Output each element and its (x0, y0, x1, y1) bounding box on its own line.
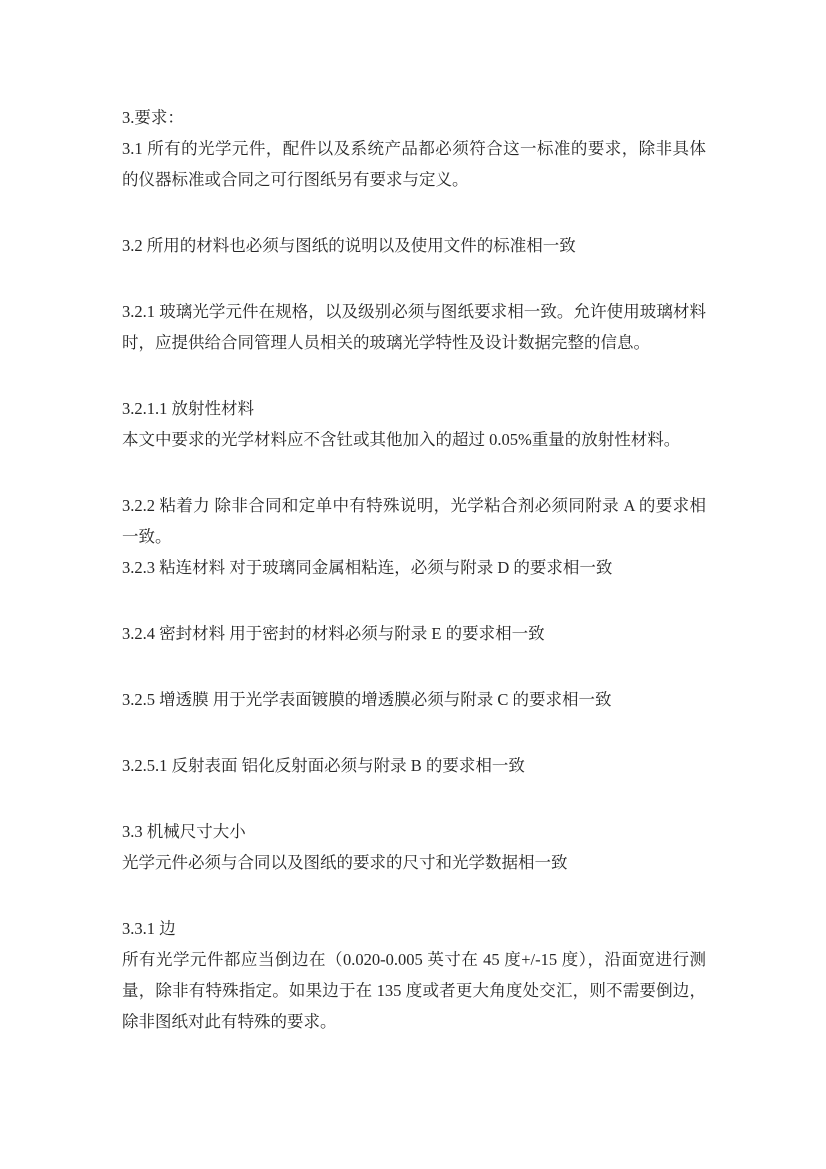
para-3-3-1-heading: 3.3.1 边 (122, 913, 706, 944)
para-3-heading: 3.要求： (122, 102, 706, 133)
para-3-2-4: 3.2.4 密封材料 用于密封的材料必须与附录 E 的要求相一致 (122, 618, 706, 649)
para-3-2-5: 3.2.5 增透膜 用于光学表面镀膜的增透膜必须与附录 C 的要求相一致 (122, 684, 706, 715)
document-page: 3.要求： 3.1 所有的光学元件，配件以及系统产品都必须符合这一标准的要求，除… (0, 0, 826, 1169)
para-3-2-1: 3.2.1 玻璃光学元件在规格，以及级别必须与图纸要求相一致。允许使用玻璃材料时… (122, 296, 706, 358)
para-3-2: 3.2 所用的材料也必须与图纸的说明以及使用文件的标准相一致 (122, 230, 706, 261)
para-3-3-heading: 3.3 机械尺寸大小 (122, 816, 706, 847)
para-3-2-2: 3.2.2 粘着力 除非合同和定单中有特殊说明，光学粘合剂必须同附录 A 的要求… (122, 490, 706, 552)
para-3-2-1-1-heading: 3.2.1.1 放射性材料 (122, 393, 706, 424)
para-3-3-1-body: 所有光学元件都应当倒边在（0.020-0.005 英寸在 45 度+/-15 度… (122, 944, 706, 1037)
para-3-2-3: 3.2.3 粘连材料 对于玻璃同金属相粘连，必须与附录 D 的要求相一致 (122, 552, 706, 583)
para-3-1: 3.1 所有的光学元件，配件以及系统产品都必须符合这一标准的要求，除非具体的仪器… (122, 133, 706, 195)
para-3-2-1-1-body: 本文中要求的光学材料应不含钍或其他加入的超过 0.05%重量的放射性材料。 (122, 424, 706, 455)
para-3-3-body: 光学元件必须与合同以及图纸的要求的尺寸和光学数据相一致 (122, 847, 706, 878)
document-body: 3.要求： 3.1 所有的光学元件，配件以及系统产品都必须符合这一标准的要求，除… (122, 102, 706, 1037)
para-3-2-5-1: 3.2.5.1 反射表面 铝化反射面必须与附录 B 的要求相一致 (122, 750, 706, 781)
